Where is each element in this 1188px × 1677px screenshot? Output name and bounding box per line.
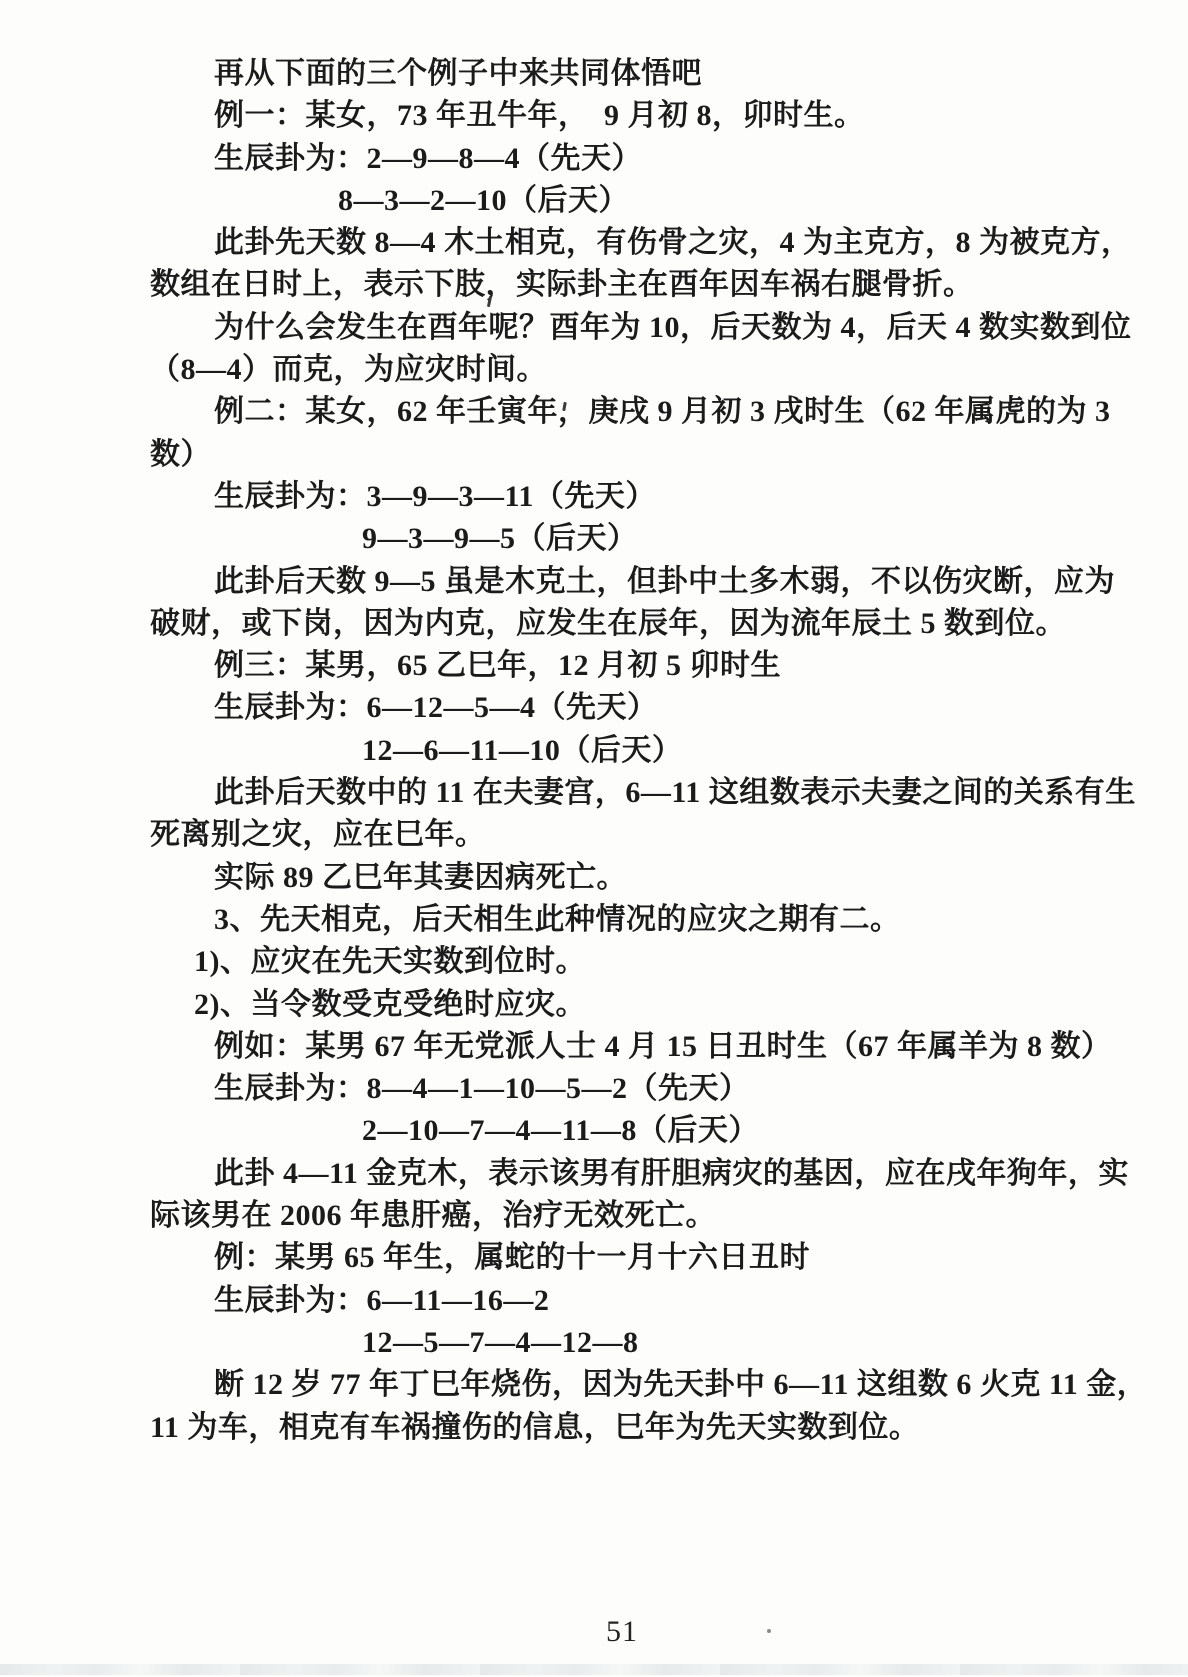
scanned-document-page: 再从下面的三个例子中来共同体悟吧例一：某女，73 年丑牛年， 9 月初 8，卯时… <box>0 0 1188 1677</box>
text-line: 2—10—7—4—11—8（后天） <box>150 1110 1110 1152</box>
text-line: 此卦后天数 9—5 虽是木克土，但卦中土多木弱，不以伤灾断，应为 <box>150 561 1110 603</box>
text-line: 死离别之灾，应在巳年。 <box>150 814 1110 856</box>
text-line: 数） <box>150 434 1110 476</box>
text-line: 例：某男 65 年生，属蛇的十一月十六日丑时 <box>150 1237 1110 1279</box>
text-line: 1)、应灾在先天实数到位时。 <box>150 941 1110 983</box>
text-line: 12—5—7—4—12—8 <box>150 1322 1110 1364</box>
text-body: 再从下面的三个例子中来共同体悟吧例一：某女，73 年丑牛年， 9 月初 8，卯时… <box>150 53 1110 1449</box>
text-line: 此卦先天数 8—4 木土相克，有伤骨之灾，4 为主克方，8 为被克方， <box>150 222 1110 264</box>
text-line: 此卦 4—11 金克木，表示该男有肝胆病灾的基因，应在戌年狗年，实 <box>150 1153 1110 1195</box>
text-line: 例一：某女，73 年丑牛年， 9 月初 8，卯时生。 <box>150 95 1110 137</box>
text-line: 2)、当令数受克受绝时应灾。 <box>150 984 1110 1026</box>
text-line: 断 12 岁 77 年丁巳年烧伤，因为先天卦中 6—11 这组数 6 火克 11… <box>150 1364 1110 1406</box>
text-line: 8—3—2—10（后天） <box>150 180 1110 222</box>
text-line: 为什么会发生在酉年呢？酉年为 10，后天数为 4，后天 4 数实数到位 <box>150 307 1110 349</box>
text-line: 生辰卦为：2—9—8—4（先天） <box>150 138 1110 180</box>
scan-edge-artifact <box>0 1664 1188 1675</box>
text-line: 此卦后天数中的 11 在夫妻宫，6—11 这组数表示夫妻之间的关系有生 <box>150 772 1110 814</box>
text-line: 9—3—9—5（后天） <box>150 518 1110 560</box>
text-line: 例二：某女，62 年壬寅年，庚戌 9 月初 3 戌时生（62 年属虎的为 3 <box>150 391 1110 433</box>
text-line: 生辰卦为：6—12—5—4（先天） <box>150 687 1110 729</box>
text-line: 生辰卦为：6—11—16—2 <box>150 1280 1110 1322</box>
scan-speck <box>767 1629 771 1633</box>
text-line: 破财，或下岗，因为内克，应发生在辰年，因为流年辰土 5 数到位。 <box>150 603 1110 645</box>
text-line: 再从下面的三个例子中来共同体悟吧 <box>150 53 1110 95</box>
text-line: 12—6—11—10（后天） <box>150 730 1110 772</box>
text-line: 例三：某男，65 乙巳年，12 月初 5 卯时生 <box>150 645 1110 687</box>
text-line: 例如：某男 67 年无党派人士 4 月 15 日丑时生（67 年属羊为 8 数） <box>150 1026 1110 1068</box>
text-line: 生辰卦为：3—9—3—11（先天） <box>150 476 1110 518</box>
text-line: 生辰卦为：8—4—1—10—5—2（先天） <box>150 1068 1110 1110</box>
text-line: 数组在日时上，表示下肢，实际卦主在酉年因车祸右腿骨折。 <box>150 264 1110 306</box>
text-line: 3、先天相克，后天相生此种情况的应灾之期有二。 <box>150 899 1110 941</box>
text-line: 实际 89 乙巳年其妻因病死亡。 <box>150 857 1110 899</box>
page-number: 51 <box>582 1615 662 1649</box>
text-line: 际该男在 2006 年患肝癌，治疗无效死亡。 <box>150 1195 1110 1237</box>
text-line: 11 为车，相克有车祸撞伤的信息，巳年为先天实数到位。 <box>150 1407 1110 1449</box>
text-line: （8—4）而克，为应灾时间。 <box>150 349 1110 391</box>
